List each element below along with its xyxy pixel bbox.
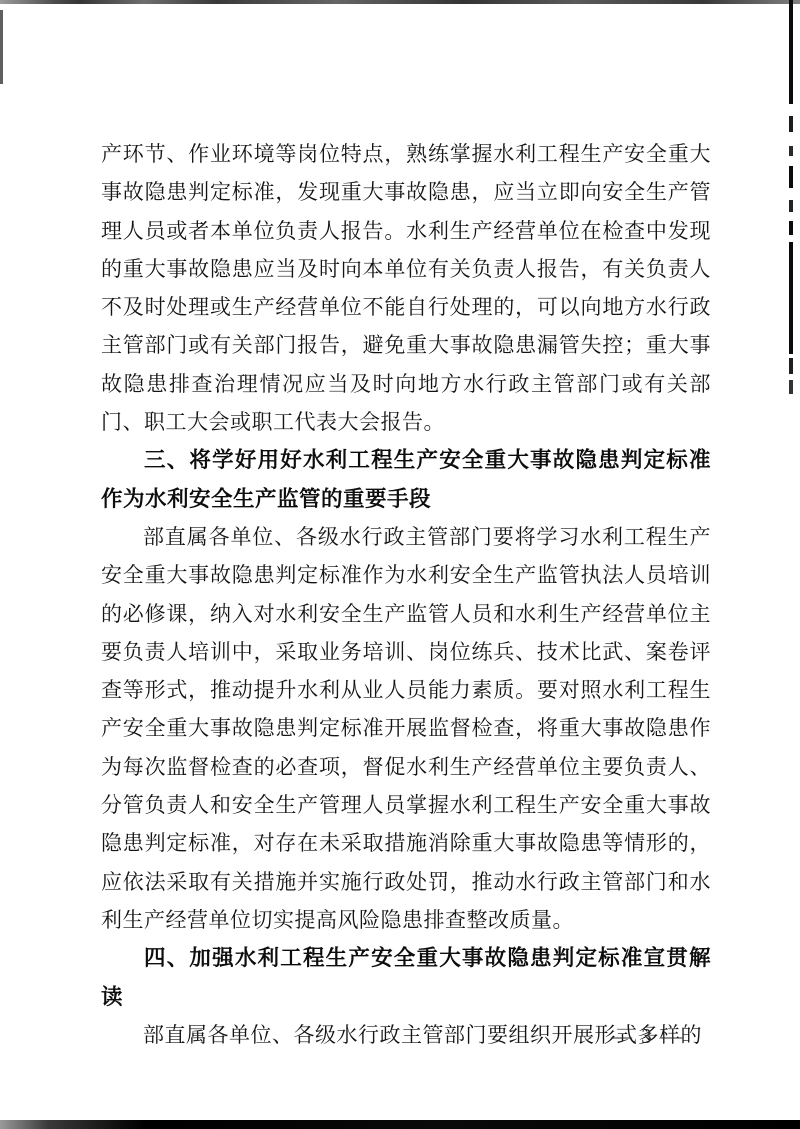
scan-right-edge-mark (789, 200, 793, 212)
page-number: — 3 — (611, 1024, 684, 1048)
continuation-paragraph: 产环节、作业环境等岗位特点，熟练掌握水利工程生产安全重大事故隐患判定标准，发现重… (101, 135, 711, 441)
scan-right-edge-mark (789, 380, 793, 394)
scan-right-edge-mark (789, 358, 793, 374)
document-text-block: 产环节、作业环境等岗位特点，熟练掌握水利工程生产安全重大事故隐患判定标准，发现重… (101, 135, 711, 1054)
scan-right-edge-mark (789, 146, 793, 156)
scanned-document-page: { "document": { "continuation_paragraph"… (0, 0, 800, 1129)
scan-right-edge-mark (789, 242, 793, 354)
scan-bottom-edge-bar (0, 1120, 800, 1129)
scan-right-edge-mark (789, 116, 793, 132)
scan-right-edge-mark (789, 221, 793, 235)
section-3-heading: 三、将学好用好水利工程生产安全重大事故隐患判定标准作为水利安全生产监管的重要手段 (101, 441, 711, 518)
scan-top-edge-line (0, 0, 800, 4)
section-3-paragraph: 部直属各单位、各级水行政主管部门要将学习水利工程生产安全重大事故隐患判定标准作为… (101, 518, 711, 939)
scan-right-edge-mark (789, 0, 793, 104)
scan-left-edge-mark (0, 10, 3, 84)
scan-right-edge-mark (789, 166, 793, 188)
section-4-heading: 四、加强水利工程生产安全重大事故隐患判定标准宣贯解读 (101, 939, 711, 1016)
